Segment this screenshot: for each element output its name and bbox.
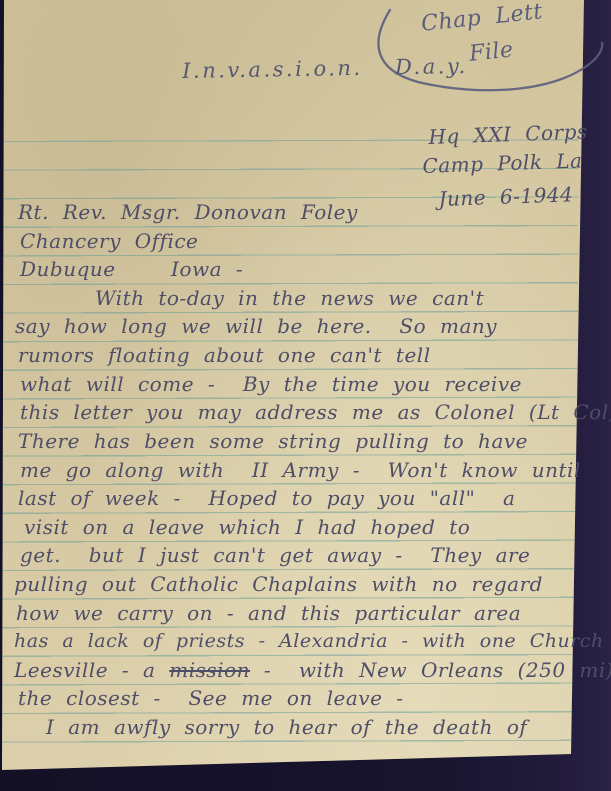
- letter-line: last of week - Hoped to pay you "all" a: [18, 485, 515, 511]
- letter-line: pulling out Catholic Chaplains with no r…: [14, 571, 543, 597]
- letter-line: what will come - By the time you receive: [20, 371, 522, 397]
- letter-line: has a lack of priests - Alexandria - wit…: [14, 628, 604, 654]
- annotation-file: File: [468, 37, 515, 67]
- recipient-city: Dubuque Iowa -: [20, 256, 243, 282]
- letter-title-invasion-day: I.n.v.a.s.i.o.n. D.a.y.: [182, 53, 468, 84]
- letter-line-strikethrough: Leesville - a mission - with New Orleans…: [14, 657, 611, 683]
- recipient-office: Chancery Office: [20, 228, 198, 254]
- heading-date: June 6-1944: [438, 181, 574, 212]
- letter-line: me go along with II Army - Won't know un…: [20, 457, 581, 483]
- letter-line: visit on a leave which I had hoped to: [24, 514, 470, 540]
- heading-location: Camp Polk La: [422, 147, 583, 179]
- struck-word: mission: [169, 658, 250, 682]
- line-pre: Leesville - a: [14, 658, 169, 682]
- heading-unit: Hq XXI Corps: [428, 118, 588, 150]
- letter-line: I am awfly sorry to hear of the death of: [46, 714, 527, 740]
- letter-line: get. but I just can't get away - They ar…: [20, 542, 530, 568]
- letter-line: There has been some string pulling to ha…: [18, 428, 528, 454]
- letter-line: With to-day in the news we can't: [95, 285, 484, 311]
- scanned-letter: Chap Lett File I.n.v.a.s.i.o.n. D.a.y. H…: [0, 0, 611, 791]
- letter-line: the closest - See me on leave -: [18, 685, 404, 711]
- letter-line: rumors floating about one can't tell: [18, 342, 431, 368]
- letter-line: say how long we will be here. So many: [15, 313, 497, 339]
- recipient-name: Rt. Rev. Msgr. Donovan Foley: [18, 199, 358, 225]
- letter-line: this letter you may address me as Colone…: [20, 399, 611, 425]
- line-post: - with New Orleans (250 mi): [250, 658, 611, 682]
- letter-line: how we carry on - and this particular ar…: [16, 600, 521, 626]
